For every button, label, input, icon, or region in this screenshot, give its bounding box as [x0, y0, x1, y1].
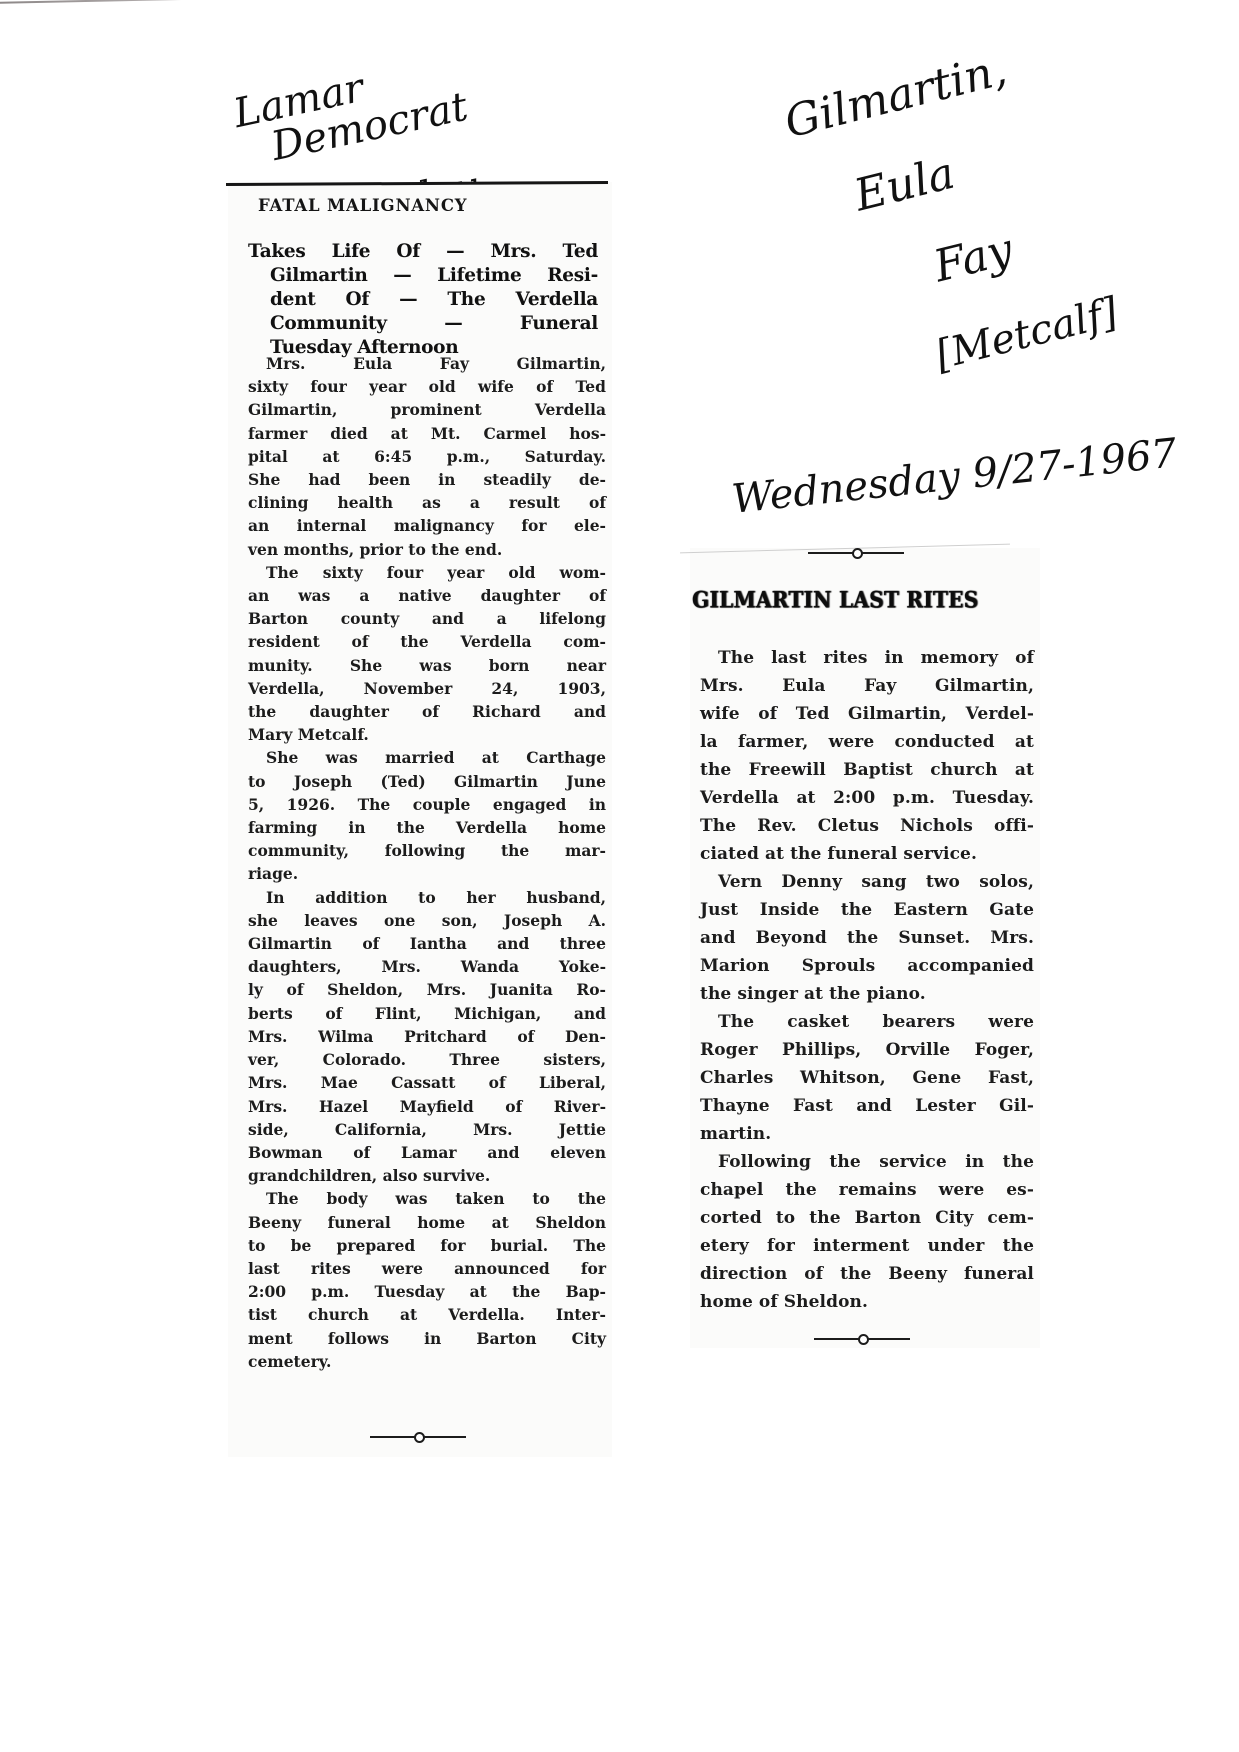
- body-line: The last rites in memory of: [700, 644, 1034, 672]
- body-line: corted to the Barton City cem-: [700, 1204, 1034, 1232]
- body-line: She was married at Carthage: [248, 746, 606, 769]
- body-line: resident of the Verdella com-: [248, 630, 606, 653]
- body-line: grandchildren, also survive.: [248, 1164, 606, 1187]
- body-line: Mary Metcalf.: [248, 723, 606, 746]
- body-line: riage.: [248, 862, 606, 885]
- body-line: to be prepared for burial. The: [248, 1234, 606, 1257]
- body-line: farming in the Verdella home: [248, 816, 606, 839]
- body-line: Gilmartin, prominent Verdella: [248, 398, 606, 421]
- body-line: Verdella, November 24, 1903,: [248, 677, 606, 700]
- body-line: home of Sheldon.: [700, 1288, 1034, 1316]
- article-body: The last rites in memory ofMrs. Eula Fay…: [700, 644, 1034, 1316]
- body-line: Beeny funeral home at Sheldon: [248, 1211, 606, 1234]
- body-line: daughters, Mrs. Wanda Yoke-: [248, 955, 606, 978]
- body-line: Mrs. Eula Fay Gilmartin,: [700, 672, 1034, 700]
- body-line: pital at 6:45 p.m., Saturday.: [248, 445, 606, 468]
- body-line: clining health as a result of: [248, 491, 606, 514]
- subhead-line: dent Of — The Verdella: [248, 288, 598, 312]
- body-line: Bowman of Lamar and eleven: [248, 1141, 606, 1164]
- end-divider: [814, 1334, 910, 1344]
- body-line: ciated at the funeral service.: [700, 840, 1034, 868]
- end-divider: [370, 1432, 466, 1442]
- body-line: 5, 1926. The couple engaged in: [248, 793, 606, 816]
- body-line: She had been in steadily de-: [248, 468, 606, 491]
- body-line: the singer at the piano.: [700, 980, 1034, 1008]
- body-line: an internal malignancy for ele-: [248, 514, 606, 537]
- subhead-line: Gilmartin — Lifetime Resi-: [248, 264, 598, 288]
- body-line: The body was taken to the: [248, 1187, 606, 1210]
- body-line: Vern Denny sang two solos,: [700, 868, 1034, 896]
- body-line: sixty four year old wife of Ted: [248, 375, 606, 398]
- body-line: ver, Colorado. Three sisters,: [248, 1048, 606, 1071]
- body-line: Mrs. Hazel Mayfield of River-: [248, 1095, 606, 1118]
- handwritten-name-note: Gilmartin, Eula Fay [Metcalf]: [770, 0, 1175, 440]
- body-line: The sixty four year old wom-: [248, 561, 606, 584]
- body-line: martin.: [700, 1120, 1034, 1148]
- body-line: Charles Whitson, Gene Fast,: [700, 1064, 1034, 1092]
- scan-page-edge: [0, 0, 290, 4]
- body-line: last rites were announced for: [248, 1257, 606, 1280]
- body-line: la farmer, were conducted at: [700, 728, 1034, 756]
- body-line: Thayne Fast and Lester Gil-: [700, 1092, 1034, 1120]
- clipping-gilmartin-last-rites: GILMARTIN LAST RITES The last rites in m…: [690, 548, 1040, 1348]
- body-line: she leaves one son, Joseph A.: [248, 909, 606, 932]
- body-line: community, following the mar-: [248, 839, 606, 862]
- handwritten-second-date: Wednesday 9/27-1967: [730, 442, 1092, 519]
- body-line: the Freewill Baptist church at: [700, 756, 1034, 784]
- body-line: Marion Sprouls accompanied: [700, 952, 1034, 980]
- body-line: Verdella at 2:00 p.m. Tuesday.: [700, 784, 1034, 812]
- body-line: munity. She was born near: [248, 654, 606, 677]
- body-line: ven months, prior to the end.: [248, 538, 606, 561]
- body-line: 2:00 p.m. Tuesday at the Bap-: [248, 1280, 606, 1303]
- body-line: berts of Flint, Michigan, and: [248, 1002, 606, 1025]
- headline: FATAL MALIGNANCY: [258, 196, 467, 215]
- body-line: side, California, Mrs. Jettie: [248, 1118, 606, 1141]
- subhead-line: Community — Funeral: [248, 312, 598, 336]
- body-line: In addition to her husband,: [248, 886, 606, 909]
- body-line: The casket bearers were: [700, 1008, 1034, 1036]
- body-line: Mrs. Eula Fay Gilmartin,: [248, 352, 606, 375]
- subheadline: Takes Life Of — Mrs. Ted Gilmartin — Lif…: [248, 240, 598, 360]
- body-line: chapel the remains were es-: [700, 1176, 1034, 1204]
- body-line: Roger Phillips, Orville Foger,: [700, 1036, 1034, 1064]
- body-line: direction of the Beeny funeral: [700, 1260, 1034, 1288]
- body-line: Gilmartin of Iantha and three: [248, 932, 606, 955]
- body-line: Mrs. Wilma Pritchard of Den-: [248, 1025, 606, 1048]
- headline: GILMARTIN LAST RITES: [692, 587, 978, 613]
- body-line: cemetery.: [248, 1350, 606, 1373]
- clipping-fatal-malignancy: FATAL MALIGNANCY Takes Life Of — Mrs. Te…: [228, 182, 612, 1457]
- body-line: wife of Ted Gilmartin, Verdel-: [700, 700, 1034, 728]
- body-line: farmer died at Mt. Carmel hos-: [248, 422, 606, 445]
- body-line: Barton county and a lifelong: [248, 607, 606, 630]
- body-line: ment follows in Barton City: [248, 1327, 606, 1350]
- body-line: The Rev. Cletus Nichols offi-: [700, 812, 1034, 840]
- body-line: to Joseph (Ted) Gilmartin June: [248, 770, 606, 793]
- body-line: an was a native daughter of: [248, 584, 606, 607]
- body-line: and Beyond the Sunset. Mrs.: [700, 924, 1034, 952]
- body-line: tist church at Verdella. Inter-: [248, 1303, 606, 1326]
- body-line: Following the service in the: [700, 1148, 1034, 1176]
- body-line: etery for interment under the: [700, 1232, 1034, 1260]
- subhead-line: Takes Life Of — Mrs. Ted: [248, 240, 598, 264]
- body-line: ly of Sheldon, Mrs. Juanita Ro-: [248, 978, 606, 1001]
- body-line: Mrs. Mae Cassatt of Liberal,: [248, 1071, 606, 1094]
- body-line: Just Inside the Eastern Gate: [700, 896, 1034, 924]
- top-divider: [808, 548, 904, 558]
- article-body: Mrs. Eula Fay Gilmartin,sixty four year …: [248, 352, 606, 1373]
- body-line: the daughter of Richard and: [248, 700, 606, 723]
- column-rule: [226, 181, 608, 186]
